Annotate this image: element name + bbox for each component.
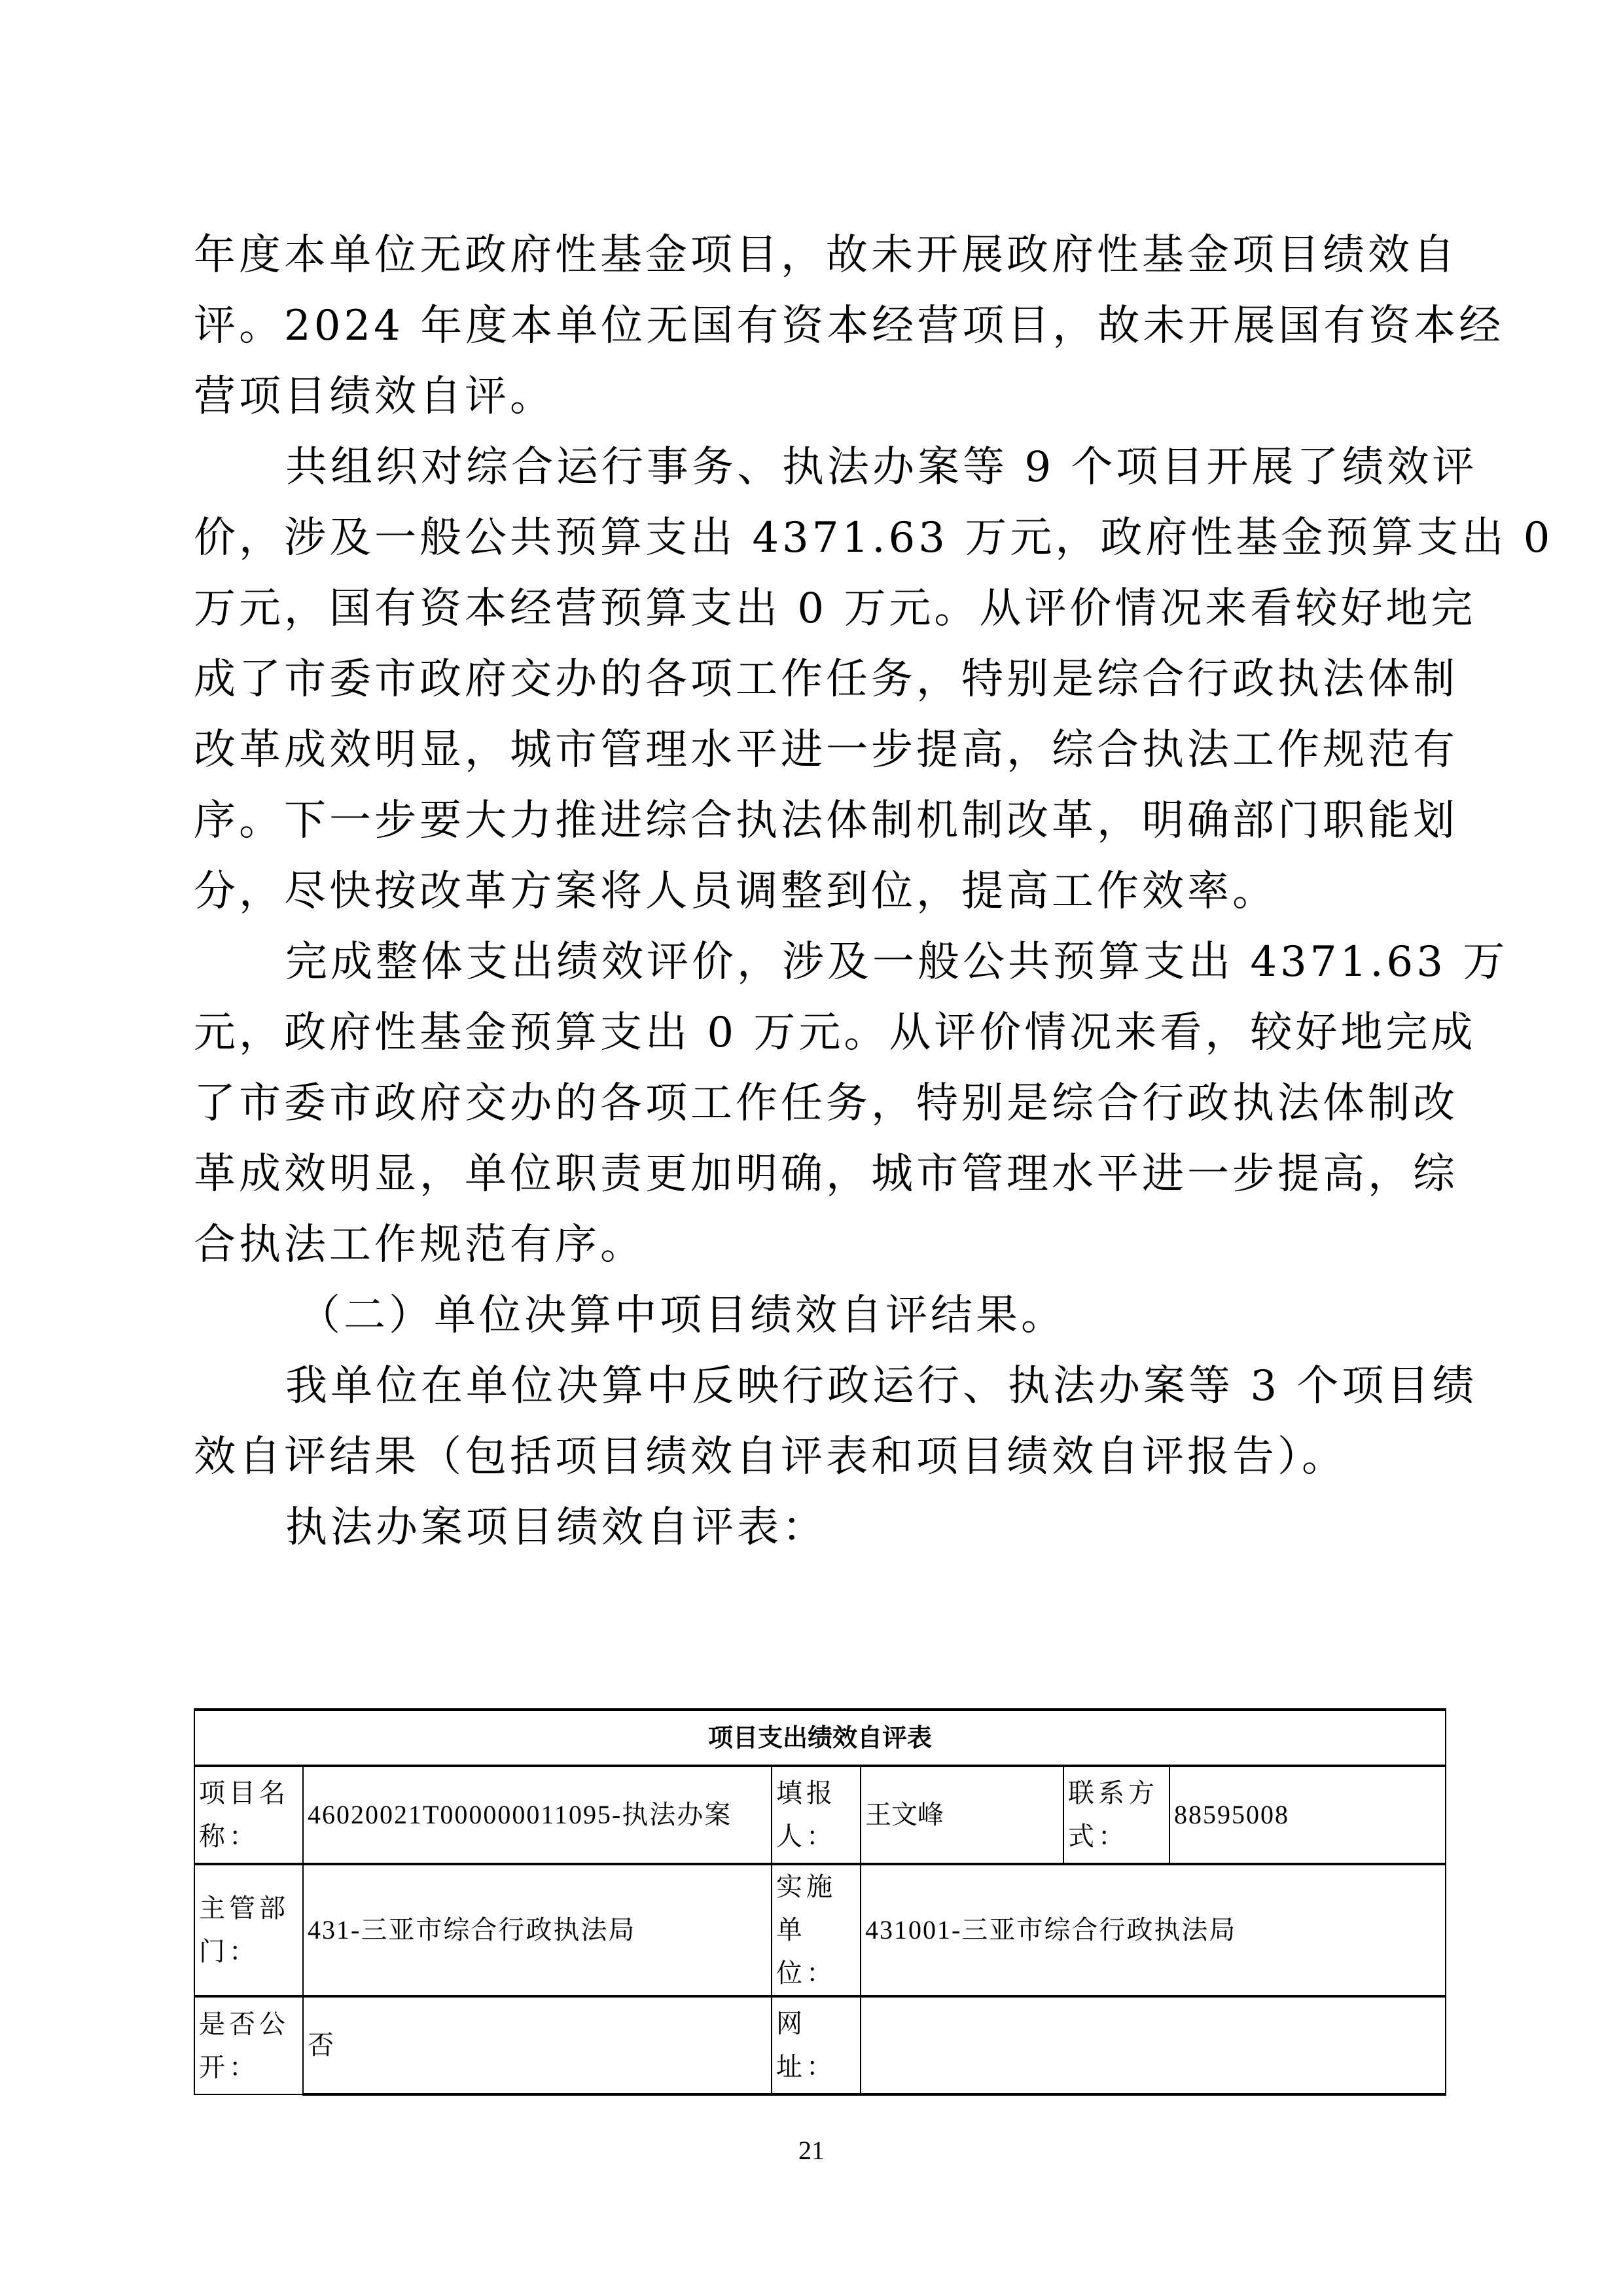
text-line: 效自评结果（包括项目绩效自评表和项目绩效自评报告）。 (194, 1422, 1435, 1492)
website-label: 网址： (772, 1996, 861, 2094)
body-text: 年度本单位无政府性基金项目，故未开展政府性基金项目绩效自 评。2024 年度本单… (194, 220, 1435, 1563)
document-page: 年度本单位无政府性基金项目，故未开展政府性基金项目绩效自 评。2024 年度本单… (0, 0, 1623, 2296)
text-line: 万元，国有资本经营预算支出 0 万元。从评价情况来看较好地完 (194, 573, 1435, 644)
section-heading: （二）单位决算中项目绩效自评结果。 (194, 1280, 1435, 1351)
text-line: 元，政府性基金预算支出 0 万元。从评价情况来看，较好地完成 (194, 997, 1435, 1068)
text-line: 改革成效明显，城市管理水平进一步提高，综合执法工作规范有 (194, 715, 1435, 785)
implementer-value: 431001-三亚市综合行政执法局 (861, 1864, 1446, 1996)
implementer-label: 实施单位： (772, 1864, 861, 1996)
evaluation-table: 项目支出绩效自评表 项目名称： 46020021T000000011095-执法… (194, 1708, 1446, 2096)
project-name-value: 46020021T000000011095-执法办案 (303, 1766, 772, 1864)
text-line: 营项目绩效自评。 (194, 361, 1435, 432)
contact-value: 88595008 (1169, 1766, 1446, 1864)
text-line: 年度本单位无政府性基金项目，故未开展政府性基金项目绩效自 (194, 220, 1435, 291)
table-row: 是否公开： 否 网址： (194, 1996, 1446, 2094)
filler-label: 填报人： (772, 1766, 861, 1864)
table-row: 主管部门： 431-三亚市综合行政执法局 实施单位： 431001-三亚市综合行… (194, 1864, 1446, 1996)
page-number: 21 (0, 2135, 1623, 2166)
table-intro: 执法办案项目绩效自评表： (194, 1492, 1435, 1563)
text-line: 价，涉及一般公共预算支出 4371.63 万元，政府性基金预算支出 0 (194, 503, 1435, 573)
text-line: 了市委市政府交办的各项工作任务，特别是综合行政执法体制改 (194, 1068, 1435, 1139)
project-name-label: 项目名称： (194, 1766, 303, 1864)
filler-value: 王文峰 (861, 1766, 1063, 1864)
text-line: 革成效明显，单位职责更加明确，城市管理水平进一步提高，综 (194, 1139, 1435, 1210)
website-value (861, 1996, 1446, 2094)
contact-label: 联系方式： (1063, 1766, 1169, 1864)
paragraph-fund-notes: 年度本单位无政府性基金项目，故未开展政府性基金项目绩效自 评。2024 年度本单… (194, 220, 1435, 432)
table-title-row: 项目支出绩效自评表 (194, 1710, 1446, 1766)
text-line: 完成整体支出绩效评价，涉及一般公共预算支出 4371.63 万 (194, 927, 1435, 997)
text-line: 分，尽快按改革方案将人员调整到位，提高工作效率。 (194, 856, 1435, 927)
text-line: 合执法工作规范有序。 (194, 1210, 1435, 1280)
table-row: 项目名称： 46020021T000000011095-执法办案 填报人： 王文… (194, 1766, 1446, 1864)
text-line: 序。下一步要大力推进综合执法体制机制改革，明确部门职能划 (194, 785, 1435, 856)
paragraph-project-evaluation: 共组织对综合运行事务、执法办案等 9 个项目开展了绩效评 价，涉及一般公共预算支… (194, 432, 1435, 927)
public-label: 是否公开： (194, 1996, 303, 2094)
text-line: 我单位在单位决算中反映行政运行、执法办案等 3 个项目绩 (194, 1351, 1435, 1422)
department-value: 431-三亚市综合行政执法局 (303, 1864, 772, 1996)
paragraph-section-results: 我单位在单位决算中反映行政运行、执法办案等 3 个项目绩 效自评结果（包括项目绩… (194, 1351, 1435, 1492)
text-line: 评。2024 年度本单位无国有资本经营项目，故未开展国有资本经 (194, 291, 1435, 361)
paragraph-overall-evaluation: 完成整体支出绩效评价，涉及一般公共预算支出 4371.63 万 元，政府性基金预… (194, 927, 1435, 1280)
public-value: 否 (303, 1996, 772, 2094)
table-title: 项目支出绩效自评表 (194, 1710, 1446, 1766)
department-label: 主管部门： (194, 1864, 303, 1996)
text-line: 成了市委市政府交办的各项工作任务，特别是综合行政执法体制 (194, 644, 1435, 715)
text-line: 共组织对综合运行事务、执法办案等 9 个项目开展了绩效评 (194, 432, 1435, 503)
